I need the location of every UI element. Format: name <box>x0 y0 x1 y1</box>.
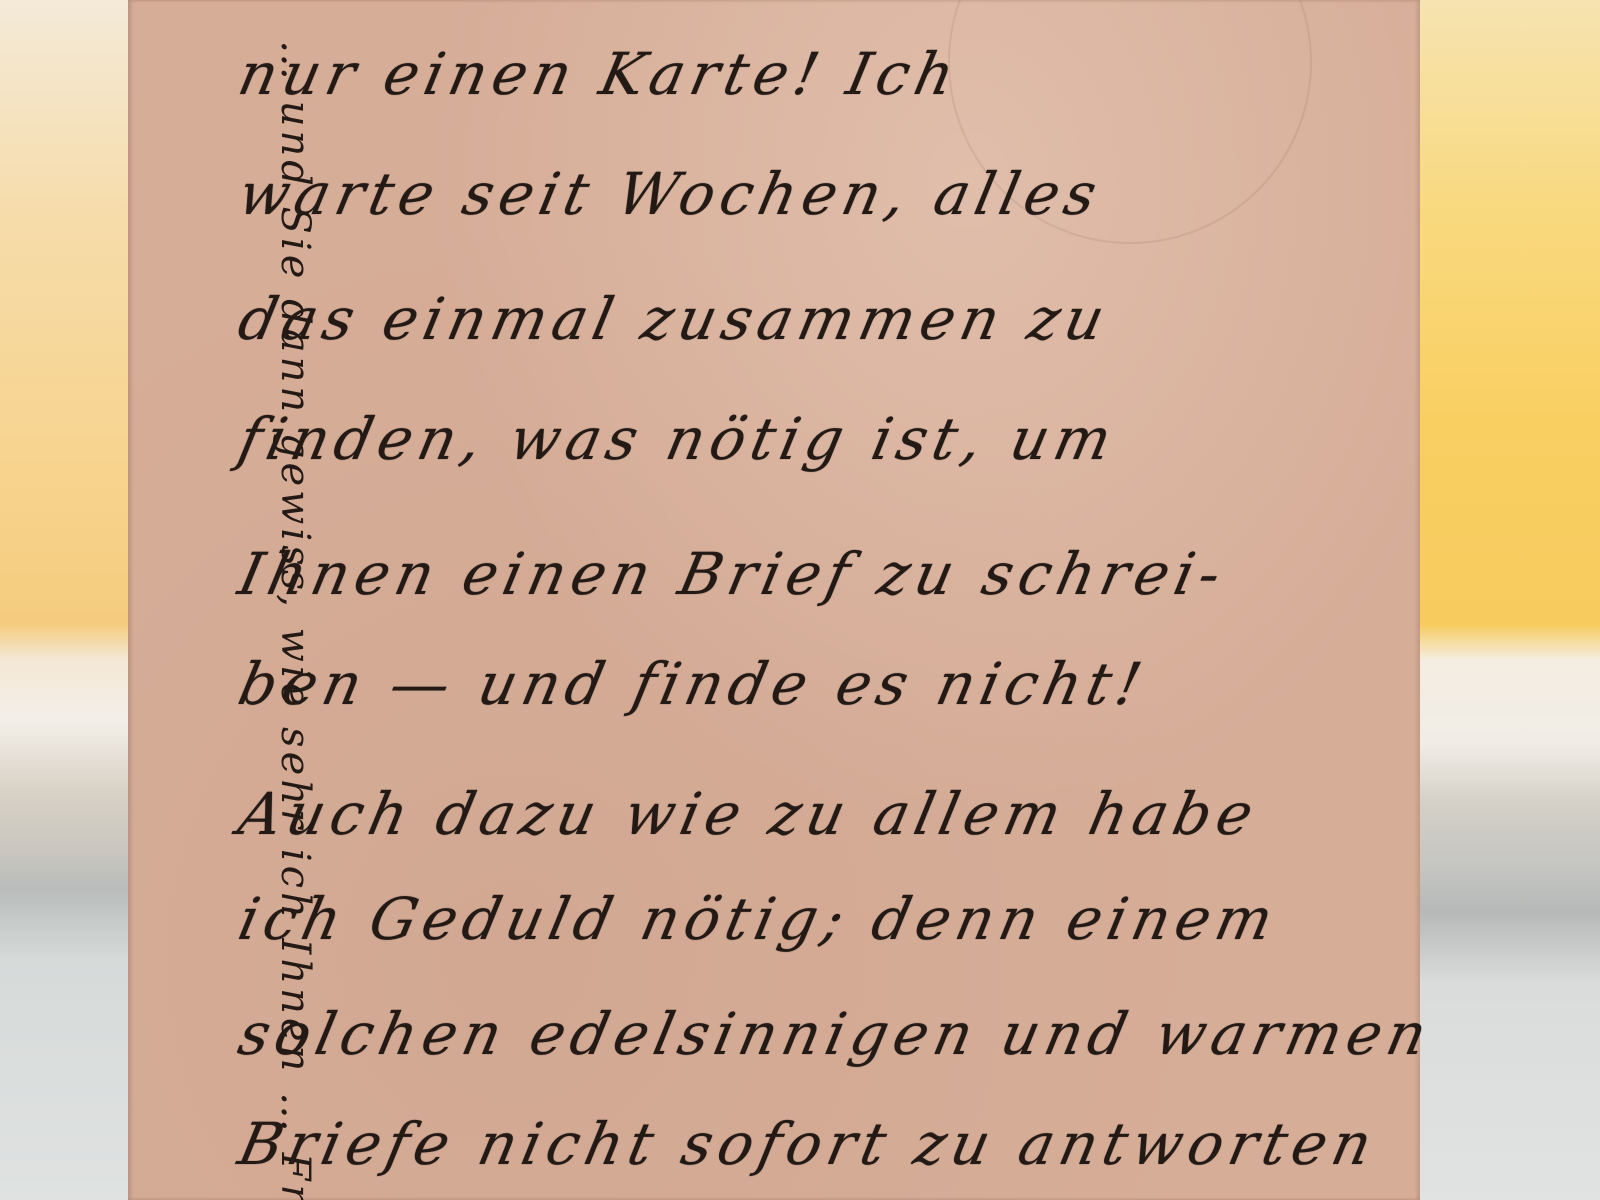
letter-line-6: ben — und finde es nicht! <box>233 650 1154 718</box>
letter-line-3: das einmal zusammen zu <box>233 285 1116 353</box>
letter-line-9: solchen edelsinnigen und warmen <box>233 1000 1439 1068</box>
letter-line-7: Auch dazu wie zu allem habe <box>233 780 1265 848</box>
letter-line-4: finden, was nötig ist, um <box>233 405 1123 473</box>
letter-line-8: ich Geduld nötig; denn einem <box>233 885 1285 953</box>
letter-line-5: Ihnen einen Brief zu schrei- <box>233 540 1233 608</box>
letter-line-10: Briefe nicht sofort zu antworten <box>233 1110 1384 1178</box>
postcard: … und Sie dann gewiss, wie sehr ich Ihne… <box>128 0 1420 1200</box>
letter-line-2: warte seit Wochen, alles <box>233 160 1109 228</box>
background-right <box>1420 0 1600 1200</box>
letter-line-1: nur einen Karte! Ich <box>233 40 966 108</box>
